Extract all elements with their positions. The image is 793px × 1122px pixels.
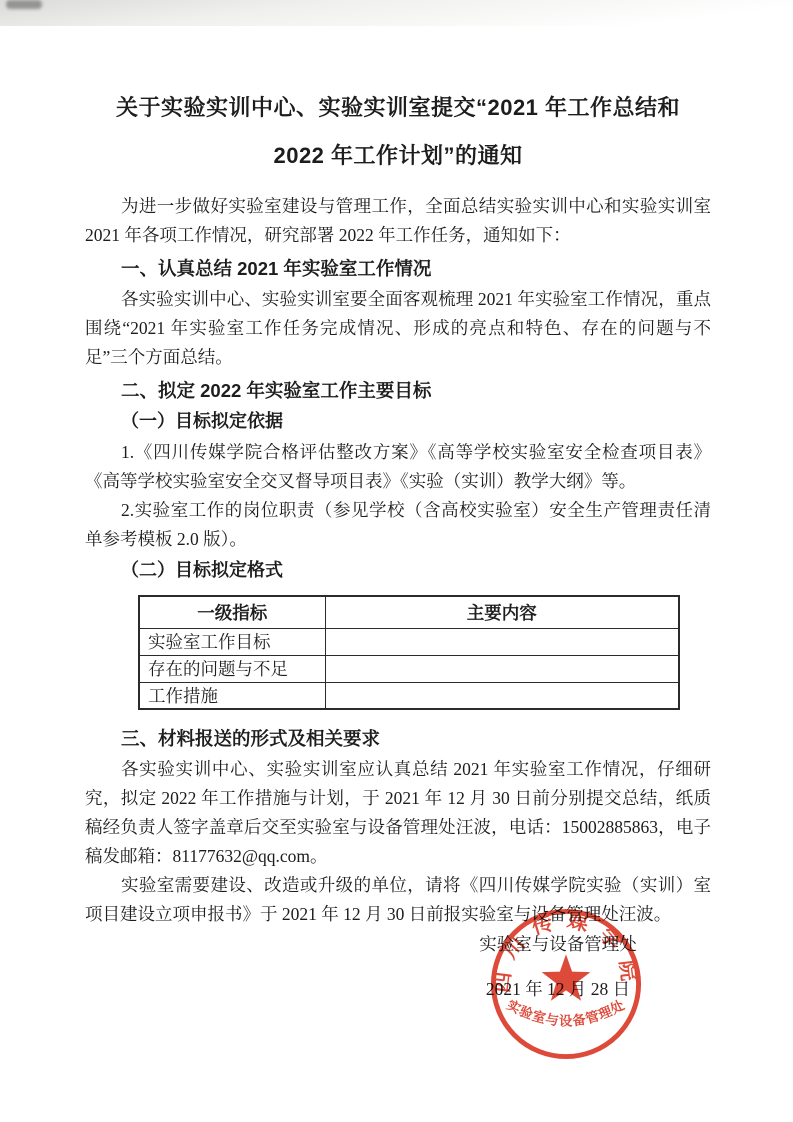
table-row: 实验室工作目标 [139,628,679,655]
table-header-content: 主要内容 [325,596,679,628]
table-header-indicator: 一级指标 [139,596,325,628]
signature-block: 实验室与设备管理处 2021 年 12 月 28 日 [438,934,678,1000]
table-row-content [325,655,679,682]
table-row-label: 实验室工作目标 [139,628,325,655]
table-row-label: 存在的问题与不足 [139,655,325,682]
notice-title: 关于实验实训中心、实验实训室提交“2021 年工作总结和 2022 年工作计划”… [85,84,711,180]
scan-smudge [6,0,42,9]
seal-bottom-text: 实验室与设备管理处 [504,996,627,1028]
table-row-content [325,682,679,709]
notice-content: 关于实验实训中心、实验实训室提交“2021 年工作总结和 2022 年工作计划”… [85,84,711,929]
notice-title-line1: 关于实验实训中心、实验实训室提交“2021 年工作总结和 [85,84,711,132]
table-row: 存在的问题与不足 [139,655,679,682]
section2-sub1-item2: 2.实验室工作的岗位职责（参见学校（含高校实验室）安全生产管理责任清单参考模板 … [85,496,711,554]
section2-heading: 二、拟定 2022 年实验室工作主要目标 [85,376,711,405]
section2-sub1-heading: （一）目标拟定依据 [85,407,711,436]
section3-heading: 三、材料报送的形式及相关要求 [85,724,711,753]
table-row: 工作措施 [139,682,679,709]
scan-top-shadow [0,0,793,26]
intro-paragraph: 为进一步做好实验室建设与管理工作，全面总结实验实训中心和实验实训室 2021 年… [85,192,711,250]
table-row-label: 工作措施 [139,682,325,709]
section3-paragraph1: 各实验实训中心、实验实训室应认真总结 2021 年实验室工作情况，仔细研究，拟定… [85,755,711,871]
section3-paragraph2: 实验室需要建设、改造或升级的单位，请将《四川传媒学院实验（实训）室项目建设立项申… [85,871,711,929]
section2-sub1-item1: 1.《四川传媒学院合格评估整改方案》《高等学校实验室安全检查项目表》《高等学校实… [85,438,711,496]
scanned-notice-page: { "title": { "line1": "关于实验实训中心、实验实训室提交“… [0,0,793,1122]
section1-paragraph: 各实验实训中心、实验实训室要全面客观梳理 2021 年实验室工作情况，重点围绕“… [85,285,711,372]
target-format-table: 一级指标 主要内容 实验室工作目标 存在的问题与不足 工作措施 [138,595,680,710]
table-row-content [325,628,679,655]
notice-title-line2: 2022 年工作计划”的通知 [85,132,711,180]
table-header-row: 一级指标 主要内容 [139,596,679,628]
section2-sub2-heading: （二）目标拟定格式 [85,556,711,585]
signature-date: 2021 年 12 月 28 日 [438,979,678,1000]
section1-heading: 一、认真总结 2021 年实验室工作情况 [85,254,711,283]
signature-department: 实验室与设备管理处 [438,934,678,955]
